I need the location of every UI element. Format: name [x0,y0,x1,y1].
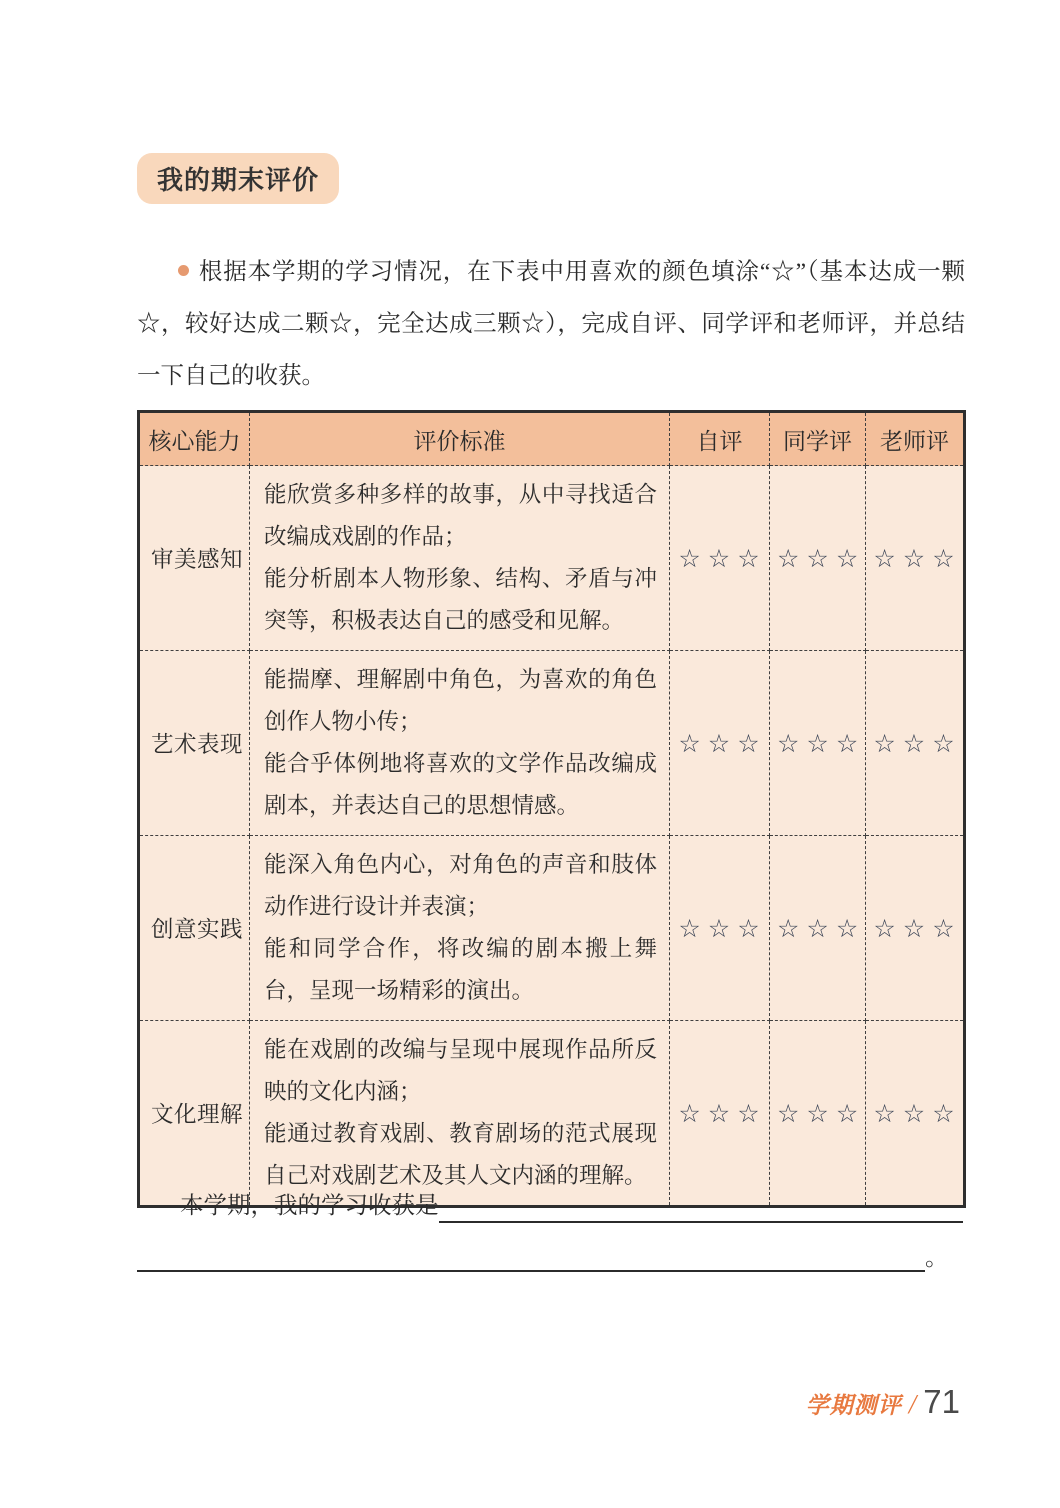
header-peer: 同学评 [770,412,866,466]
summary-prefix: 本学期，我的学习收获是 [180,1186,439,1226]
criteria-item: 能通过教育戏剧、教育剧场的范式展现自己对戏剧艺术及其人文内涵的理解。 [264,1113,657,1197]
ability-label: 创意实践 [139,836,250,1021]
teacher-rating-stars: ☆☆☆ [866,651,965,836]
line-end-period: 。 [925,1241,949,1275]
header-criteria: 评价标准 [250,412,670,466]
criteria-item: 能和同学合作，将改编的剧本搬上舞台，呈现一场精彩的演出。 [264,928,657,1012]
intro-paragraph: 根据本学期的学习情况，在下表中用喜欢的颜色填涂“☆”（基本达成一颗☆，较好达成二… [137,246,965,402]
table-row: 审美感知 能欣赏多种多样的故事，从中寻找适合改编成戏剧的作品； 能分析剧本人物形… [139,466,965,651]
criteria-item: 能合乎体例地将喜欢的文学作品改编成剧本，并表达自己的思想情感。 [264,743,657,827]
summary-line-2: 。 [137,1224,963,1275]
peer-rating-stars: ☆☆☆ [770,836,866,1021]
criteria-item: 能深入角色内心，对角色的声音和肢体动作进行设计并表演； [264,844,657,928]
criteria-item: 能欣赏多种多样的故事，从中寻找适合改编成戏剧的作品； [264,474,657,558]
criteria-item: 能分析剧本人物形象、结构、矛盾与冲突等，积极表达自己的感受和见解。 [264,558,657,642]
self-rating-stars: ☆☆☆ [670,466,770,651]
table-row: 创意实践 能深入角色内心，对角色的声音和肢体动作进行设计并表演； 能和同学合作，… [139,836,965,1021]
textbook-page: 我的期末评价 根据本学期的学习情况，在下表中用喜欢的颜色填涂“☆”（基本达成一颗… [0,0,1060,1508]
footer-separator: / [909,1389,917,1420]
peer-rating-stars: ☆☆☆ [770,1021,866,1207]
ability-label: 艺术表现 [139,651,250,836]
self-rating-stars: ☆☆☆ [670,651,770,836]
fill-in-blank-line-2 [137,1224,925,1272]
header-ability: 核心能力 [139,412,250,466]
header-teacher: 老师评 [866,412,965,466]
teacher-rating-stars: ☆☆☆ [866,836,965,1021]
section-title: 我的期末评价 [157,165,319,195]
peer-rating-stars: ☆☆☆ [770,651,866,836]
teacher-rating-stars: ☆☆☆ [866,466,965,651]
page-footer: 学期测评 / 71 [806,1383,960,1421]
bullet-icon [178,265,189,276]
self-rating-stars: ☆☆☆ [670,836,770,1021]
page-number: 71 [923,1383,960,1421]
criteria-cell: 能深入角色内心，对角色的声音和肢体动作进行设计并表演； 能和同学合作，将改编的剧… [250,836,670,1021]
self-rating-stars: ☆☆☆ [670,1021,770,1207]
footer-section-label: 学期测评 [806,1387,902,1420]
criteria-item: 能在戏剧的改编与呈现中展现作品所反映的文化内涵； [264,1029,657,1113]
evaluation-table: 核心能力 评价标准 自评 同学评 老师评 审美感知 能欣赏多种多样的故事，从中寻… [137,410,966,1208]
header-self: 自评 [670,412,770,466]
summary-sentence: 本学期，我的学习收获是 [137,1186,963,1226]
table-row: 文化理解 能在戏剧的改编与呈现中展现作品所反映的文化内涵； 能通过教育戏剧、教育… [139,1021,965,1207]
criteria-cell: 能在戏剧的改编与呈现中展现作品所反映的文化内涵； 能通过教育戏剧、教育剧场的范式… [250,1021,670,1207]
table-row: 艺术表现 能揣摩、理解剧中角色，为喜欢的角色创作人物小传； 能合乎体例地将喜欢的… [139,651,965,836]
section-title-badge: 我的期末评价 [137,153,339,204]
criteria-cell: 能欣赏多种多样的故事，从中寻找适合改编成戏剧的作品； 能分析剧本人物形象、结构、… [250,466,670,651]
criteria-cell: 能揣摩、理解剧中角色，为喜欢的角色创作人物小传； 能合乎体例地将喜欢的文学作品改… [250,651,670,836]
table-header-row: 核心能力 评价标准 自评 同学评 老师评 [139,412,965,466]
teacher-rating-stars: ☆☆☆ [866,1021,965,1207]
ability-label: 审美感知 [139,466,250,651]
criteria-item: 能揣摩、理解剧中角色，为喜欢的角色创作人物小传； [264,659,657,743]
peer-rating-stars: ☆☆☆ [770,466,866,651]
fill-in-blank-line-1 [439,1201,964,1223]
ability-label: 文化理解 [139,1021,250,1207]
intro-text: 根据本学期的学习情况，在下表中用喜欢的颜色填涂“☆”（基本达成一颗☆，较好达成二… [137,259,965,389]
